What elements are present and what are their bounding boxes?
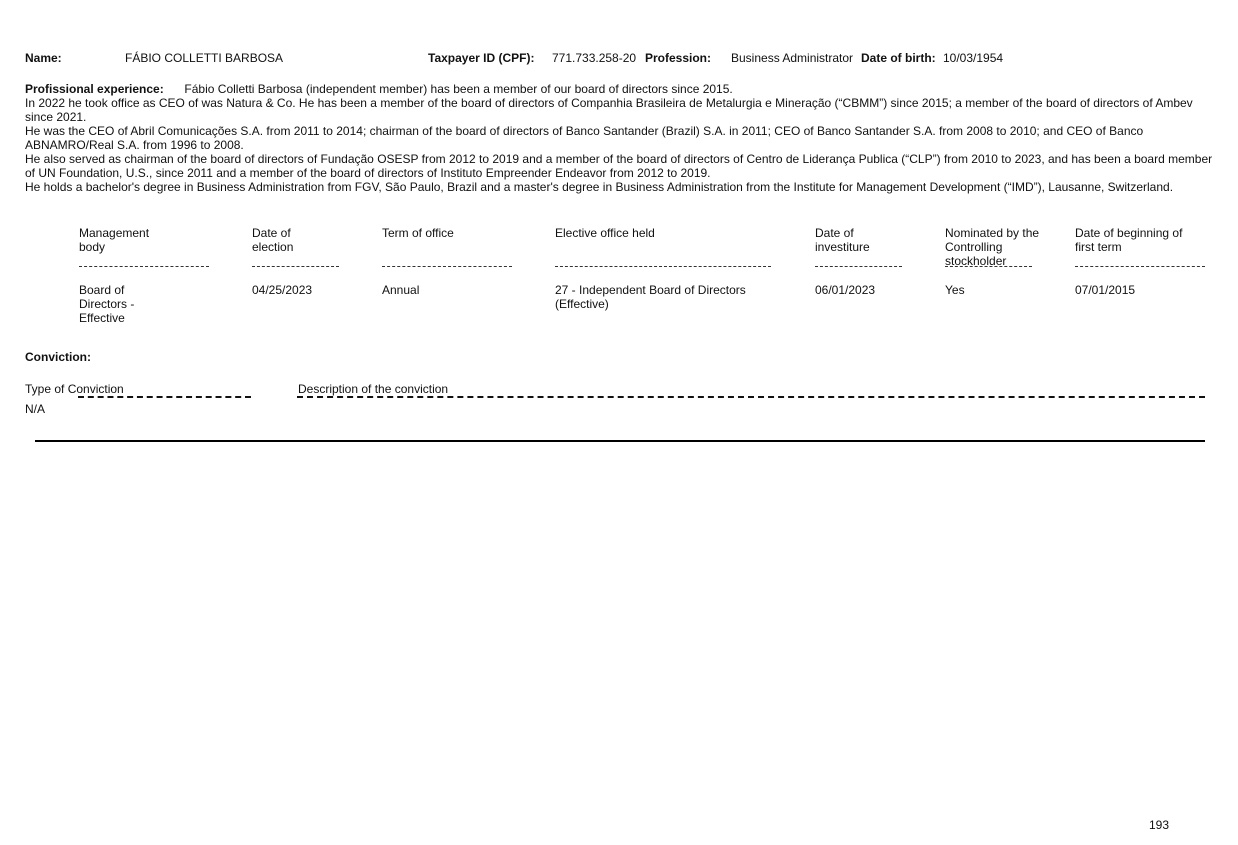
name-label: Name: bbox=[25, 51, 62, 65]
dob-label: Date of birth: bbox=[861, 51, 936, 65]
header-date-of-investiture: Date of investiture bbox=[815, 226, 890, 254]
header-underline bbox=[945, 266, 1032, 267]
header-underline bbox=[815, 266, 902, 267]
professional-experience: Profissional experience: Fábio Colletti … bbox=[25, 82, 1215, 194]
header-date-first-term: Date of beginning of first term bbox=[1075, 226, 1205, 254]
experience-paragraph: He also served as chairman of the board … bbox=[25, 152, 1215, 180]
dob-value: 10/03/1954 bbox=[943, 51, 1003, 65]
experience-paragraph: He was the CEO of Abril Comunicações S.A… bbox=[25, 124, 1215, 152]
cpf-value: 771.733.258-20 bbox=[552, 51, 636, 65]
cell-management-body: Board of Directors - Effective bbox=[79, 283, 149, 325]
header-underline bbox=[382, 266, 512, 267]
header-management-body: Management body bbox=[79, 226, 174, 254]
conviction-label: Conviction: bbox=[25, 350, 91, 364]
conviction-type-value: N/A bbox=[25, 402, 45, 416]
cell-nominated-by-controlling: Yes bbox=[945, 283, 965, 297]
profession-label: Profession: bbox=[645, 51, 711, 65]
conviction-description-header: Description of the conviction bbox=[298, 382, 448, 396]
experience-intro: Profissional experience: Fábio Colletti … bbox=[25, 82, 1215, 96]
header-underline bbox=[555, 266, 771, 267]
experience-paragraph: He holds a bachelor's degree in Business… bbox=[25, 180, 1215, 194]
cpf-label: Taxpayer ID (CPF): bbox=[428, 51, 534, 65]
header-underline bbox=[252, 266, 339, 267]
section-divider bbox=[35, 440, 1205, 442]
conviction-description-underline bbox=[297, 396, 1205, 398]
conviction-type-underline bbox=[78, 396, 251, 398]
experience-first-line: Fábio Colletti Barbosa (independent memb… bbox=[184, 82, 732, 96]
header-date-of-election: Date of election bbox=[252, 226, 312, 254]
header-elective-office: Elective office held bbox=[555, 226, 755, 240]
cell-date-first-term: 07/01/2015 bbox=[1075, 283, 1135, 297]
cell-date-of-election: 04/25/2023 bbox=[252, 283, 312, 297]
cell-term-of-office: Annual bbox=[382, 283, 419, 297]
page-number: 193 bbox=[1149, 818, 1169, 832]
experience-label: Profissional experience: bbox=[25, 82, 164, 96]
header-underline bbox=[1075, 266, 1205, 267]
name-value: FÁBIO COLLETTI BARBOSA bbox=[125, 51, 283, 65]
header-term-of-office: Term of office bbox=[382, 226, 502, 240]
profession-value: Business Administrator bbox=[731, 51, 853, 65]
experience-paragraph: In 2022 he took office as CEO of was Nat… bbox=[25, 96, 1215, 124]
cell-elective-office: 27 - Independent Board of Directors (Eff… bbox=[555, 283, 760, 311]
cell-date-of-investiture: 06/01/2023 bbox=[815, 283, 875, 297]
header-underline bbox=[79, 266, 209, 267]
conviction-type-header: Type of Conviction bbox=[25, 382, 124, 396]
header-nominated-by-controlling: Nominated by the Controlling stockholder bbox=[945, 226, 1040, 268]
